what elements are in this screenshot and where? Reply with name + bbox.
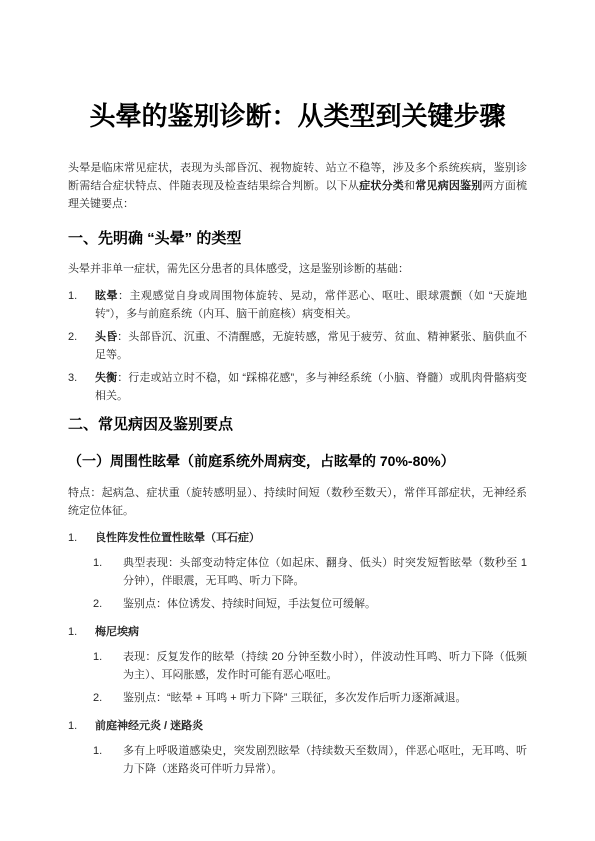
- list-number: 2.: [68, 328, 95, 364]
- disease-point-text: 鉴别点：“眩晕 + 耳鸣 + 听力下降” 三联征，多次发作后听力逐渐减退。: [123, 689, 527, 707]
- disease-points-meniere: 1. 表现：反复发作的眩晕（持续 20 分钟至数小时），伴波动性耳鸣、听力下降（…: [93, 648, 527, 707]
- term-vertigo-description: ：主观感觉自身或周围物体旋转、晃动，常伴恶心、呕吐、眼球震颤（如 “天旋地转”）…: [95, 290, 527, 320]
- term-lightheadedness: 头昏: [95, 331, 117, 343]
- disease-point: 2. 鉴别点：体位诱发、持续时间短，手法复位可缓解。: [93, 595, 527, 613]
- intro-bold-cause-identification: 常见病因鉴别: [415, 180, 482, 192]
- disease-point-text: 典型表现：头部变动特定体位（如起床、翻身、低头）时突发短暂眩晕（数秒至 1 分钟…: [123, 554, 527, 590]
- disease-item-vestibular-neuritis: 1. 前庭神经元炎 / 迷路炎: [68, 717, 527, 735]
- disease-point: 1. 典型表现：头部变动特定体位（如起床、翻身、低头）时突发短暂眩晕（数秒至 1…: [93, 554, 527, 590]
- intro-paragraph: 头晕是临床常见症状，表现为头部昏沉、视物旋转、站立不稳等，涉及多个系统疾病，鉴别…: [68, 159, 527, 213]
- list-number: 3.: [68, 369, 95, 405]
- list-number: 1.: [68, 287, 95, 323]
- term-disequilibrium-description: ：行走或站立时不稳，如 “踩棉花感”，多与神经系统（小脑、脊髓）或肌肉骨骼病变相…: [95, 372, 527, 402]
- section-2-heading: 二、常见病因及鉴别要点: [68, 415, 527, 435]
- subsection-peripheral-vertigo-heading: （一）周围性眩晕（前庭系统外周病变，占眩晕的 70%-80%）: [68, 452, 527, 471]
- list-number: 2.: [93, 595, 123, 613]
- list-item-disequilibrium: 3. 失衡：行走或站立时不稳，如 “踩棉花感”，多与神经系统（小脑、脊髓）或肌肉…: [68, 369, 527, 405]
- disease-point-text: 表现：反复发作的眩晕（持续 20 分钟至数小时），伴波动性耳鸣、听力下降（低频为…: [123, 648, 527, 684]
- list-number: 1.: [93, 554, 123, 590]
- term-disequilibrium: 失衡: [95, 372, 117, 384]
- disease-list: 1. 良性阵发性位置性眩晕（耳石症） 1. 典型表现：头部变动特定体位（如起床、…: [68, 529, 527, 778]
- disease-item-meniere: 1. 梅尼埃病: [68, 623, 527, 641]
- disease-points-bppv: 1. 典型表现：头部变动特定体位（如起床、翻身、低头）时突发短暂眩晕（数秒至 1…: [93, 554, 527, 613]
- list-number: 1.: [68, 717, 95, 735]
- list-item-content: 眩晕：主观感觉自身或周围物体旋转、晃动，常伴恶心、呕吐、眼球震颤（如 “天旋地转…: [95, 287, 527, 323]
- term-lightheadedness-description: ：头部昏沉、沉重、不清醒感，无旋转感，常见于疲劳、贫血、精神紧张、脑供血不足等。: [95, 331, 527, 361]
- intro-text-and: 和: [404, 180, 415, 192]
- disease-point: 2. 鉴别点：“眩晕 + 耳鸣 + 听力下降” 三联征，多次发作后听力逐渐减退。: [93, 689, 527, 707]
- document-title: 头晕的鉴别诊断：从类型到关键步骤: [68, 99, 527, 133]
- disease-point: 1. 表现：反复发作的眩晕（持续 20 分钟至数小时），伴波动性耳鸣、听力下降（…: [93, 648, 527, 684]
- list-item-vertigo: 1. 眩晕：主观感觉自身或周围物体旋转、晃动，常伴恶心、呕吐、眼球震颤（如 “天…: [68, 287, 527, 323]
- document-page: 头晕的鉴别诊断：从类型到关键步骤 头晕是临床常见症状，表现为头部昏沉、视物旋转、…: [0, 0, 595, 841]
- list-item-content: 失衡：行走或站立时不稳，如 “踩棉花感”，多与神经系统（小脑、脊髓）或肌肉骨骼病…: [95, 369, 527, 405]
- list-item-lightheadedness: 2. 头昏：头部昏沉、沉重、不清醒感，无旋转感，常见于疲劳、贫血、精神紧张、脑供…: [68, 328, 527, 364]
- list-number: 2.: [93, 689, 123, 707]
- disease-name-meniere: 梅尼埃病: [95, 626, 139, 638]
- disease-name-vestibular-neuritis: 前庭神经元炎 / 迷路炎: [95, 720, 203, 732]
- disease-points-vestibular-neuritis: 1. 多有上呼吸道感染史，突发剧烈眩晕（持续数天至数周），伴恶心呕吐，无耳鸣、听…: [93, 742, 527, 778]
- section-1-heading: 一、先明确 “头晕” 的类型: [68, 229, 527, 249]
- disease-item-bppv: 1. 良性阵发性位置性眩晕（耳石症）: [68, 529, 527, 547]
- list-number: 1.: [68, 529, 95, 547]
- disease-point: 1. 多有上呼吸道感染史，突发剧烈眩晕（持续数天至数周），伴恶心呕吐，无耳鸣、听…: [93, 742, 527, 778]
- peripheral-vertigo-features: 特点：起病急、症状重（旋转感明显）、持续时间短（数秒至数天），常伴耳部症状，无神…: [68, 484, 527, 520]
- list-item-content: 头昏：头部昏沉、沉重、不清醒感，无旋转感，常见于疲劳、贫血、精神紧张、脑供血不足…: [95, 328, 527, 364]
- list-number: 1.: [68, 623, 95, 641]
- list-number: 1.: [93, 742, 123, 778]
- intro-bold-symptom-classification: 症状分类: [359, 180, 404, 192]
- disease-point-text: 多有上呼吸道感染史，突发剧烈眩晕（持续数天至数周），伴恶心呕吐，无耳鸣、听力下降…: [123, 742, 527, 778]
- disease-name-bppv: 良性阵发性位置性眩晕（耳石症）: [95, 532, 260, 544]
- section-1-lead: 头晕并非单一症状，需先区分患者的具体感受，这是鉴别诊断的基础：: [68, 260, 527, 278]
- list-number: 1.: [93, 648, 123, 684]
- term-vertigo: 眩晕: [95, 290, 118, 302]
- dizziness-type-list: 1. 眩晕：主观感觉自身或周围物体旋转、晃动，常伴恶心、呕吐、眼球震颤（如 “天…: [68, 287, 527, 405]
- disease-point-text: 鉴别点：体位诱发、持续时间短，手法复位可缓解。: [123, 595, 527, 613]
